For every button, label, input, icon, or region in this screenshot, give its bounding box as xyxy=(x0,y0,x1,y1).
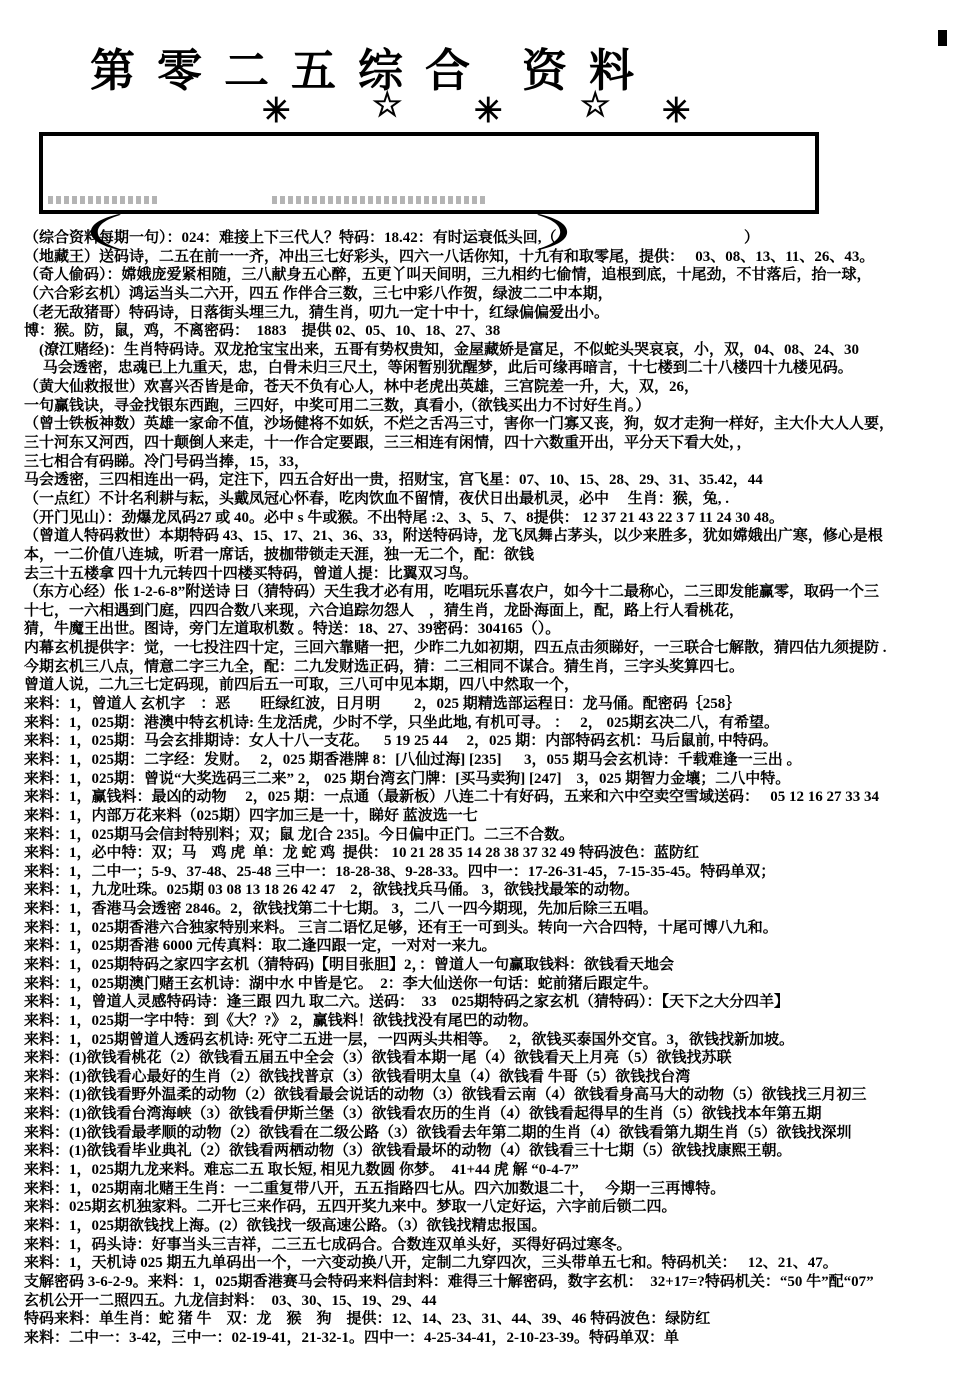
text-line: 来料：1，025期香港 6000 元传真料：取二逢四跟一定，一对对一来九。 xyxy=(24,937,953,956)
text-line: 来料：(1)欲钱看心最好的生肖（2）欲钱找普京（3）欲钱看明太皇（4）欲钱看 牛… xyxy=(24,1068,953,1087)
text-line: 来料：1，九龙吐珠。025期 03 08 13 18 26 42 47 2，欲钱… xyxy=(24,881,953,900)
text-line: 今期玄机三八点，情意二字三九全，配：二九发财选正码，猜：二三相同不谋合。猜生肖，… xyxy=(24,658,953,677)
text-line: 内幕玄机提供字：觉，一七投注四十定，三回六靠赌一把，少昨二九如初期，四五点击须睇… xyxy=(24,639,953,658)
text-line: （地藏王）送码诗，二五在前一一齐，冲出三七好彩头，四六一八话你知，十九有和取零尾… xyxy=(24,248,953,267)
text-line: （开门见山）：劲爆龙凤码27 或 40。必中 s 牛或猴。不出特尾 :2、3、5… xyxy=(24,509,953,528)
text-line: 马会透密，三四相连出一码，定注下，四五合好出一贵，招财宝，宫飞星：07、10、1… xyxy=(24,471,953,490)
text-line: 来料：1，码头诗：好事当头三吉祥，二三五七成码合。合数连双单头好，买得好码过寒冬… xyxy=(24,1236,953,1255)
text-line: 来料：(1)欲钱看台湾海峡（3）欲钱看伊斯兰堡（3）欲钱看农历的生肖（4）欲钱看… xyxy=(24,1105,953,1124)
text-line: 来料：1，025期一字中特：到《大？?》 2，赢钱料！欲钱找没有尾巴的动物。 xyxy=(24,1012,953,1031)
text-line: 来料：(1)欲钱看野外温柔的动物（2）欲钱看最会说话的动物（3）欲钱看云南（4）… xyxy=(24,1086,953,1105)
text-line: （曾道人特码救世）本期特码 43、15、17、21、36、33，附送特码诗，龙飞… xyxy=(24,527,953,546)
text-line: 来料：1，025期澳门赌王玄机诗：湖中水 中皆是它。 2：李大仙送你一句话：蛇前… xyxy=(24,975,953,994)
text-line: 来料：1，025期香港六合独家特别来料。 三言二语忆足够，还有王一可到头。转向一… xyxy=(24,919,953,938)
text-line: 来料：1，025期：曾说“大奖选码三二来” 2， 025 期台湾玄门牌：[买马卖… xyxy=(24,770,953,789)
text-line: 三七相合有码睇。冷门号码当捧，15，33， xyxy=(24,453,953,472)
text-line: 来料：1，025期欲钱找上海。(2）欲钱找一级高速公路。（3）欲钱找精忠报国。 xyxy=(24,1217,953,1236)
content-lines: （综合资料每期一句）：024：难接上下三代人？特码：18.42：有时运衰低头回,… xyxy=(24,229,953,1347)
text-line: 去三十五楼拿 四十九元转四十四楼买特码，曾道人提：比翼双习鸟。 xyxy=(24,565,953,584)
text-line: 来料：1，必中特：双；马 鸡 虎 单：龙 蛇 鸡 提供： 10 21 28 35… xyxy=(24,844,953,863)
text-line: 来料：1，025期：二字经：发财。 2，025 期香港牌 8：[八仙过海] [2… xyxy=(24,751,953,770)
page-title-issue: 第零二五综合 xyxy=(90,46,492,96)
text-line: 来料：(1)欲钱看最孝顺的动物（2）欲钱看在二级公路（3）欲钱看去年第二期的生肖… xyxy=(24,1124,953,1143)
text-line: (潦江赌经)：生肖特码诗。双龙抢宝宝出来，五哥有势权贵知，金屋藏娇是富足，不似蛇… xyxy=(24,341,953,360)
text-line: 来料：(1)欲钱看桃花（2）欲钱看五届五中全会（3）欲钱看本期一尾（4）欲钱看天… xyxy=(24,1049,953,1068)
text-line: 来料：(1)欲钱看毕业典礼（2）欲钱看两栖动物（3）欲钱看最坏的动物（4）欲钱看… xyxy=(24,1142,953,1161)
text-line: 来料：1，二中一；5-9、37-48、25-48 三中一：18-28-38、9-… xyxy=(24,863,953,882)
text-line: 博：猴。防，鼠，鸡，不离密码： 1883 提供 02、05、10、18、27、3… xyxy=(24,322,953,341)
text-line: 来料：1，香港马会透密 2846。2，欲钱找第二十七期。 3，二八 一四今期现，… xyxy=(24,900,953,919)
text-line: 来料：1，025期九龙来料。难忘二五 取长短, 相见九数圆 你梦。 41+44 … xyxy=(24,1161,953,1180)
text-line: 来料：1，025期：马会玄排期诗：女人十八一支花。 5 19 25 44 2，0… xyxy=(24,732,953,751)
asterisk-star-icon: ✳ xyxy=(474,92,503,132)
text-line: 来料：二中一：3-42，三中一：02-19-41，21-32-1。四中一：4-2… xyxy=(24,1329,953,1348)
text-line: 曾道人说，二九三七定码现，前四后五一可取，三八可中见本期，四八中然取一个， xyxy=(24,676,953,695)
text-line: 来料：1，025期南北赌王生肖：一二重复带八开，五五指路四七从。四六加数退二十，… xyxy=(24,1180,953,1199)
text-line: 来料：1，天机诗 025 期五九单码出一个，一六变动换八开，定制二九穿四次，三头… xyxy=(24,1254,953,1273)
text-line: （一点红）不计名利耕与耘，头戴凤冠心怀春，吃肉饮血不留情，夜伏日出最机灵，必中 … xyxy=(24,490,953,509)
lottery-info-sheet: 第零二五综合资料 ✳ ☆ ✳ ☆ ✳ （ ） （综合资料每期一句）：024：难接… xyxy=(0,0,953,1391)
hollow-star-icon: ☆ xyxy=(372,86,402,126)
text-line: （奇人偷码）：嫦娥庞爱紧相随，三八献身五心醉，五更丫叫天间明，三九相约七偷情，追… xyxy=(24,266,953,285)
text-line: （综合资料每期一句）：024：难接上下三代人？特码：18.42：有时运衰低头回,… xyxy=(24,229,953,248)
text-line: 来料：1，025期：港澳中特玄机诗: 生龙活虎，少时不学，只坐此地, 有机可寻。… xyxy=(24,714,953,733)
text-line: （曾士铁板神数）英雄一家命不值，沙场健将不如妖，不烂之舌冯三寸，害你一门寡又丧，… xyxy=(24,415,953,434)
text-line: 玄机公开一二照四五。九龙信封料： 03、30、15、19、29、44 xyxy=(24,1292,953,1311)
text-line: 来料：1，曾道人 玄机字 ：恶 旺绿红波，日月明 2，025 期精选部运程日：龙… xyxy=(24,695,953,714)
text-line: 支解密码 3-6-2-9。来料：1，025期香港赛马会特码来料信封料：难得三十解… xyxy=(24,1273,953,1292)
text-line: （六合彩玄机）鸿运当头二六开，四五 作伴合三数，三七中彩八作贺，绿波二二中本期， xyxy=(24,285,953,304)
text-line: 一句赢钱诀，寻金找银东西跑，三四好，中奖可用二三数，真看小,（欲钱买出力不讨好生… xyxy=(24,397,953,416)
text-line: 马会透密，忠魂已上九重天，忠，白骨未归三尺土，等闲暂别犹醒梦，此后可缘再暗言，十… xyxy=(24,359,953,378)
text-line: 来料：1，025期马会信封特别料；双；鼠 龙[合 235]。今日偏中正门。二三不… xyxy=(24,826,953,845)
text-line: 特码来料：单生肖：蛇 猪 牛 双：龙 猴 狗 提供：12、14、23、31、44… xyxy=(24,1310,953,1329)
text-line: 三十河东又河西，四十颠倒人来走，十一作合定要跟，三三相连有闲情，四十六数重开出，… xyxy=(24,434,953,453)
hollow-star-icon: ☆ xyxy=(580,86,610,126)
text-line: （黄大仙救报世）欢喜兴否皆是命，苍天不负有心人，林中老虎出英雄，三宫院差一升，大… xyxy=(24,378,953,397)
corner-mark xyxy=(938,30,947,46)
text-line: 来料：1，内部万花来料（025期）四字加三是一十，睇好 蓝波选一七 xyxy=(24,807,953,826)
star-divider: ✳ ☆ ✳ ☆ ✳ xyxy=(0,92,953,136)
text-line: 来料：1，曾道人灵感特码诗：逢三跟 四九 取二六。送码： 33 025期特码之家… xyxy=(24,993,953,1012)
text-line: 十七，一六相遇到门庭，四四合数八来现，六合追踪勿怨人 ，猜生肖，龙卧海面上，配，… xyxy=(24,602,953,621)
text-line: （东方心经）伥 1-2-6-8”附送诗 曰（猜特码）天生我才必有用，吃唱玩乐喜农… xyxy=(24,583,953,602)
text-line: 来料：1，赢钱料：最凶的动物 2，025 期：一点通（最新板）八连二十有好码，五… xyxy=(24,788,953,807)
text-line: （老无敌猪哥）特码诗，日落街头埋三九，猜生肖，叨九一定十中十，红绿偏偏爱出小。 xyxy=(24,304,953,323)
illegible-text-smudge xyxy=(48,196,158,204)
text-line: 来料：1，025期曾道人透码玄机诗: 死守二五进一层，一四两头共相等。 2，欲钱… xyxy=(24,1031,953,1050)
text-line: 来料：1，025期特码之家四字玄机（猜特码)【明目张胆】2，：曾道人一句赢取钱料… xyxy=(24,956,953,975)
asterisk-star-icon: ✳ xyxy=(662,92,691,132)
illegible-text-smudge xyxy=(272,196,487,204)
asterisk-star-icon: ✳ xyxy=(262,92,291,132)
text-line: 猜，牛魔王出世。图诗，旁门左道取机数 。特送：18、27、39密码：304165… xyxy=(24,620,953,639)
text-line: 来料：025期玄机独家料。二开七三来作码，五四开奖九来中。梦取一八定好运，六字前… xyxy=(24,1198,953,1217)
text-line: 本，一二价值八连城，听君一席话，披枷带锁走天涯，独一无二个，配：欲钱 xyxy=(24,546,953,565)
